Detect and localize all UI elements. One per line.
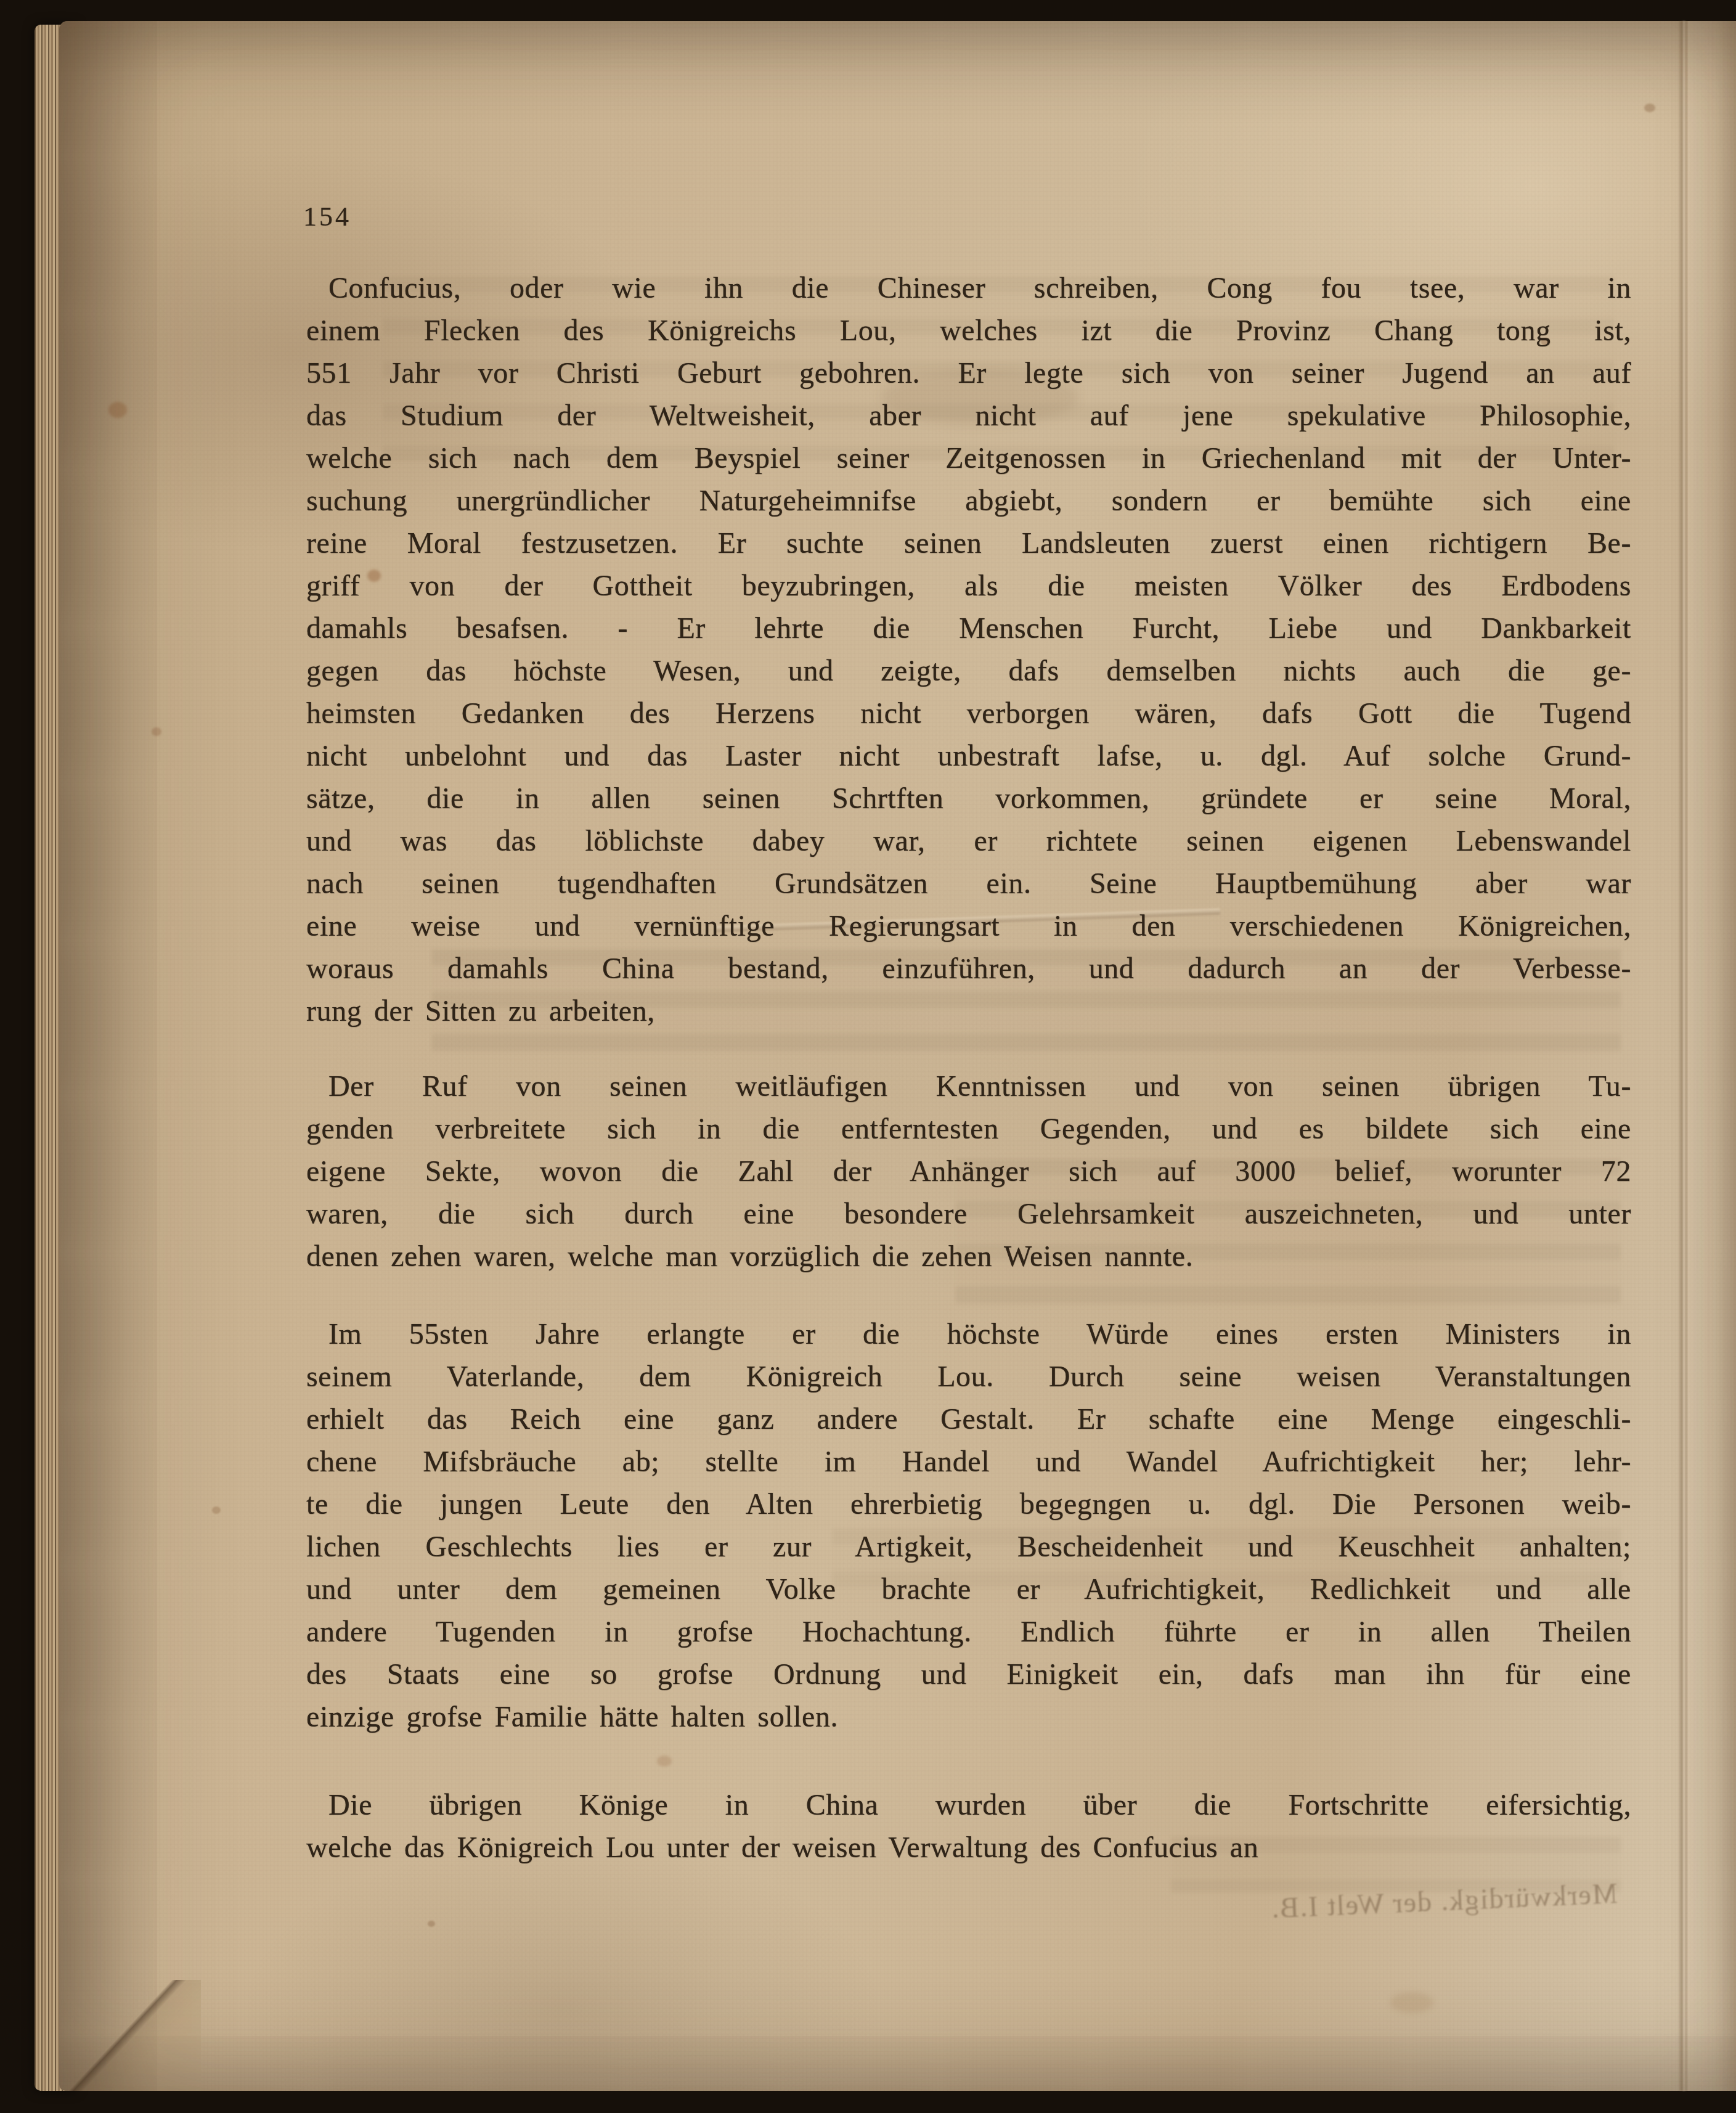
text-line: chene Mifsbräuche ab; stellte im Handel … bbox=[306, 1441, 1631, 1483]
text-line: waren, die sich durch eine besondere Gel… bbox=[306, 1193, 1631, 1235]
text-line: nicht unbelohnt und das Laster nicht unb… bbox=[306, 735, 1631, 777]
text-line: 551 Jahr vor Christi Geburt gebohren. Er… bbox=[306, 352, 1631, 394]
scanned-book-page-scene: 154 Confucius, oder wie ihn die Chineser… bbox=[0, 0, 1736, 2113]
text-line: das Studium der Weltweisheit, aber nicht… bbox=[306, 394, 1631, 437]
text-line: genden verbreitete sich in die entfernte… bbox=[306, 1108, 1631, 1150]
page-curl-edge bbox=[1688, 21, 1736, 2091]
text-line: andere Tugenden in grofse Hochachtung. E… bbox=[306, 1611, 1631, 1653]
text-line: eine weise und vernünftige Regierungsart… bbox=[306, 905, 1631, 947]
text-line: welche sich nach dem Beyspiel seiner Zei… bbox=[306, 437, 1631, 480]
paragraph-1: Confucius, oder wie ihn die Chineser sch… bbox=[306, 267, 1631, 1032]
paragraph-2: Der Ruf von seinen weitläufigen Kenntnis… bbox=[306, 1065, 1631, 1278]
text-line: und unter dem gemeinen Volke brachte er … bbox=[306, 1568, 1631, 1611]
body-text: Confucius, oder wie ihn die Chineser sch… bbox=[306, 267, 1631, 1869]
text-line: damahls besafsen. - Er lehrte die Mensch… bbox=[306, 607, 1631, 650]
text-line: suchung unergründlicher Naturgeheimnifse… bbox=[306, 480, 1631, 522]
text-line: griff von der Gottheit beyzubringen, als… bbox=[306, 565, 1631, 607]
text-line: te die jungen Leute den Alten ehrerbieti… bbox=[306, 1483, 1631, 1526]
text-line: lichen Geschlechts lies er zur Artigkeit… bbox=[306, 1526, 1631, 1568]
text-line: erhielt das Reich eine ganz andere Gesta… bbox=[306, 1398, 1631, 1441]
text-line: welche das Königreich Lou unter der weis… bbox=[306, 1826, 1631, 1869]
paragraph-3: Im 55sten Jahre erlangte er die höchste … bbox=[306, 1313, 1631, 1738]
text-line: rung der Sitten zu arbeiten, bbox=[306, 990, 1631, 1032]
text-line: einzige grofse Familie hätte halten soll… bbox=[306, 1696, 1631, 1738]
text-line: gegen das höchste Wesen, und zeigte, daf… bbox=[306, 650, 1631, 692]
text-line: und was das löblichste dabey war, er ric… bbox=[306, 820, 1631, 862]
text-line: seinem Vaterlande, dem Königreich Lou. D… bbox=[306, 1355, 1631, 1398]
page-crease bbox=[1678, 21, 1688, 2091]
text-line: woraus damahls China bestand, einzuführe… bbox=[306, 947, 1631, 990]
text-line: des Staats eine so grofse Ordnung und Ei… bbox=[306, 1653, 1631, 1696]
text-line: einem Flecken des Königreichs Lou, welch… bbox=[306, 309, 1631, 352]
text-line: Die übrigen Könige in China wurden über … bbox=[306, 1784, 1631, 1826]
text-line: eigene Sekte, wovon die Zahl der Anhänge… bbox=[306, 1150, 1631, 1193]
paragraph-4: Die übrigen Könige in China wurden über … bbox=[306, 1784, 1631, 1869]
text-line: denen zehen waren, welche man vorzüglich… bbox=[306, 1235, 1631, 1278]
text-line: Der Ruf von seinen weitläufigen Kenntnis… bbox=[306, 1065, 1631, 1108]
page-number: 154 bbox=[303, 201, 351, 232]
dog-ear-fold bbox=[59, 1980, 201, 2091]
text-line: reine Moral festzusetzen. Er suchte sein… bbox=[306, 522, 1631, 565]
text-line: nach seinen tugendhaften Grundsätzen ein… bbox=[306, 862, 1631, 905]
text-line: Im 55sten Jahre erlangte er die höchste … bbox=[306, 1313, 1631, 1355]
text-line: heimsten Gedanken des Herzens nicht verb… bbox=[306, 692, 1631, 735]
text-line: Confucius, oder wie ihn die Chineser sch… bbox=[306, 267, 1631, 309]
text-line: sätze, die in allen seinen Schrtften vor… bbox=[306, 777, 1631, 820]
